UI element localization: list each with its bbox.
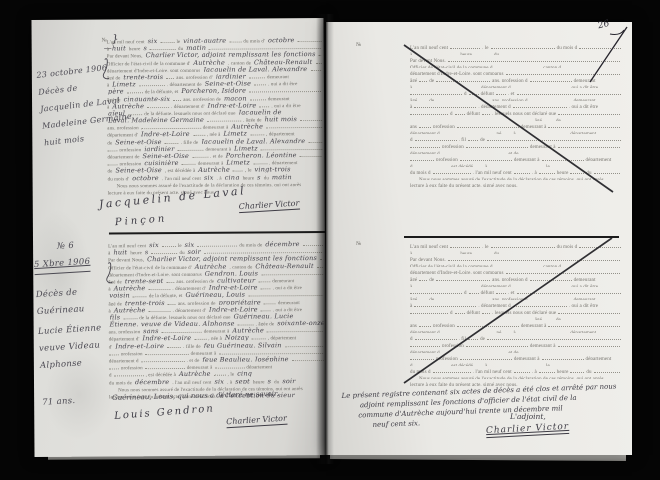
form2-no-label: № xyxy=(356,241,361,247)
dotted-blank xyxy=(214,371,226,376)
dotted-blank xyxy=(165,139,179,144)
form1-body: L'an mil neuf cent, ledu mois dàheureduP… xyxy=(409,42,621,187)
act2-officer-signature: Charlier Victor xyxy=(226,414,287,429)
dotted-blank xyxy=(127,89,143,94)
dotted-blank xyxy=(419,77,427,82)
form-line: âgédeans, profession ddemeurant xyxy=(409,294,621,301)
dotted-blank xyxy=(250,131,264,136)
binding-gutter-shadow xyxy=(316,14,334,464)
form-line: à, département d, qui a dit être xyxy=(409,101,621,108)
form-line: département d, et de xyxy=(409,148,621,155)
dotted-blank xyxy=(264,299,276,304)
form-line: à, département d, qui a dit être xyxy=(409,300,621,307)
dotted-blank xyxy=(436,276,490,281)
form-separator-rule xyxy=(404,236,619,238)
register-scan: № } — 23 octobre 1906Décès deJacquelin d… xyxy=(0,0,660,480)
form-line: ddéfunt, et xyxy=(409,287,621,294)
form-line: d, filde xyxy=(409,134,621,141)
dotted-blank xyxy=(558,309,621,314)
form2-body: L'an mil neuf cent, ledu mois dàheureduP… xyxy=(409,241,621,386)
dotted-blank xyxy=(530,276,572,281)
dotted-blank xyxy=(466,143,528,148)
form-line: àheuredu xyxy=(409,248,621,255)
dotted-blank xyxy=(410,309,448,314)
dotted-blank xyxy=(167,343,181,348)
form-line: département d'Indre-et-Loire, sont compa… xyxy=(409,68,621,75)
dotted-blank xyxy=(530,77,572,82)
form-line: , âgéde xyxy=(409,115,621,122)
closing-statement: Le présent registre contenant six actes … xyxy=(341,381,630,431)
form-line: ansprofessiondemeurant à xyxy=(409,320,621,327)
dotted-blank xyxy=(266,122,322,129)
act1-officer-signature: Charlier Victor xyxy=(239,199,300,214)
dotted-blank xyxy=(194,335,206,340)
dotted-blank xyxy=(455,309,465,314)
closing-role-label: L'adjoint, xyxy=(510,412,546,421)
note-line: Guérineau xyxy=(36,299,115,321)
folio-paraph-flourish xyxy=(610,30,624,35)
record-separator-rule xyxy=(109,231,325,235)
dotted-blank xyxy=(455,110,465,115)
form-line: du mois d, l'an mil neuf cent, àheuredu xyxy=(409,167,621,174)
form-line: d, est décédéà, le xyxy=(409,360,621,367)
dotted-blank xyxy=(460,355,512,360)
form-line: département d, néà, département xyxy=(409,327,621,334)
form-line: professiondemeurant àdépartement xyxy=(409,353,621,360)
dotted-blank xyxy=(579,44,621,49)
dotted-blank xyxy=(193,131,205,136)
form-line: d, est décédéà, le xyxy=(409,161,621,168)
left-page: № } — 23 octobre 1906Décès deJacquelin d… xyxy=(31,18,326,457)
dotted-blank xyxy=(460,156,512,161)
dotted-blank xyxy=(249,86,322,93)
form-line: Par devant Nous, xyxy=(409,55,621,62)
act2-witness-signature: Louis Gendron xyxy=(114,403,215,422)
printed-text: lecture à eux faite du présent acte, sig… xyxy=(410,184,518,187)
dotted-blank xyxy=(173,95,181,100)
form-line: âgédeans, profession ddemeurant xyxy=(409,274,621,281)
form-line: ansprofessiondemeurant à xyxy=(409,121,621,128)
dotted-blank xyxy=(410,355,434,360)
dotted-blank xyxy=(482,309,490,314)
dotted-blank xyxy=(410,342,440,347)
dotted-blank xyxy=(261,268,323,275)
form-line: à, département d, qui a dit être xyxy=(409,281,621,288)
folio-mark: 26 xyxy=(597,19,611,31)
act1-witness-signature: Pinçon xyxy=(115,213,168,228)
handwritten-text: voisin xyxy=(109,292,130,298)
dotted-blank xyxy=(542,156,584,161)
dotted-blank xyxy=(252,335,266,340)
handwritten-text: Seine-et-Oise xyxy=(115,166,162,173)
handwritten-text: père xyxy=(108,88,124,94)
form-line: , âgéde xyxy=(409,314,621,321)
dotted-blank xyxy=(410,110,448,115)
dotted-blank xyxy=(450,243,480,248)
dotted-blank xyxy=(233,167,243,172)
form-line: ddéfunt, et xyxy=(409,88,621,95)
right-page: 26 № L'an mil neuf cent, ledu mois dàheu… xyxy=(326,22,632,455)
form-line: du mois d, l'an mil neuf cent, àheuredu xyxy=(409,366,621,373)
dotted-blank xyxy=(491,44,555,49)
form-line: ddéfunt, lesquels nous ont déclaré que xyxy=(409,307,621,314)
dotted-blank xyxy=(558,143,621,148)
form1-no-label: № xyxy=(356,42,361,48)
form-line: àheuredu xyxy=(409,49,621,56)
dotted-blank xyxy=(168,300,176,305)
form-line: Nous nous sommes assuré de l'exactitude … xyxy=(409,174,621,181)
dotted-blank xyxy=(579,243,621,248)
note-line: 5 Xbre 1906 xyxy=(34,254,91,275)
form-line: département d'Indre-et-Loire, sont compa… xyxy=(409,267,621,274)
dotted-blank xyxy=(261,306,271,311)
note-line: № 6 xyxy=(57,236,112,256)
note-line: Alphonse xyxy=(40,353,119,375)
form-line: Par devant Nous, xyxy=(409,254,621,261)
dotted-blank xyxy=(482,110,490,115)
form-line: département d, néà, département xyxy=(409,128,621,135)
dotted-blank xyxy=(410,156,434,161)
form-line: L'an mil neuf cent, ledu mois d xyxy=(409,241,621,248)
dotted-blank xyxy=(558,110,621,115)
dotted-blank xyxy=(248,290,323,297)
dotted-blank xyxy=(436,77,490,82)
form-line: lecture à eux faite du présent acte, sig… xyxy=(409,180,621,187)
form-line: Officier de l'état-civil de la commune d… xyxy=(409,261,621,268)
dotted-blank xyxy=(466,342,528,347)
form-line: L'an mil neuf cent, ledu mois d xyxy=(409,42,621,49)
form-line: âgédeans, profession ddemeurant xyxy=(409,75,621,82)
form-line: professiondemeurant àdépartement xyxy=(409,154,621,161)
form-line: département d, et de xyxy=(409,347,621,354)
form-line: Officier de l'état-civil de la commune d… xyxy=(409,62,621,69)
dotted-blank xyxy=(542,355,584,360)
form-line: à, département d, qui a dit être xyxy=(409,82,621,89)
form-line: âgédeans, profession ddemeurant xyxy=(409,95,621,102)
dotted-blank xyxy=(133,293,147,298)
dotted-blank xyxy=(250,95,266,100)
form-line: ddéfunt, lesquels nous ont déclaré que xyxy=(409,108,621,115)
dotted-blank xyxy=(114,372,144,377)
form-line: professiondemeurant à xyxy=(409,340,621,347)
dotted-blank xyxy=(450,44,480,49)
form-line: d, filde xyxy=(409,333,621,340)
act1-body: L'an mil neuf centsixlevingt-quatredu mo… xyxy=(106,35,323,195)
dotted-blank xyxy=(419,276,427,281)
dotted-blank xyxy=(410,143,440,148)
act2-body: L'an mil neuf centsixlesixdu mois dedéce… xyxy=(107,239,324,399)
form-line: professiondemeurant à xyxy=(409,141,621,148)
dotted-blank xyxy=(558,342,621,347)
dotted-blank xyxy=(491,243,555,248)
form-line: Nous nous sommes assuré de l'exactitude … xyxy=(409,373,621,380)
act1-margin-notes: 23 octobre 1906Décès deJacquelin de Lava… xyxy=(36,59,117,151)
